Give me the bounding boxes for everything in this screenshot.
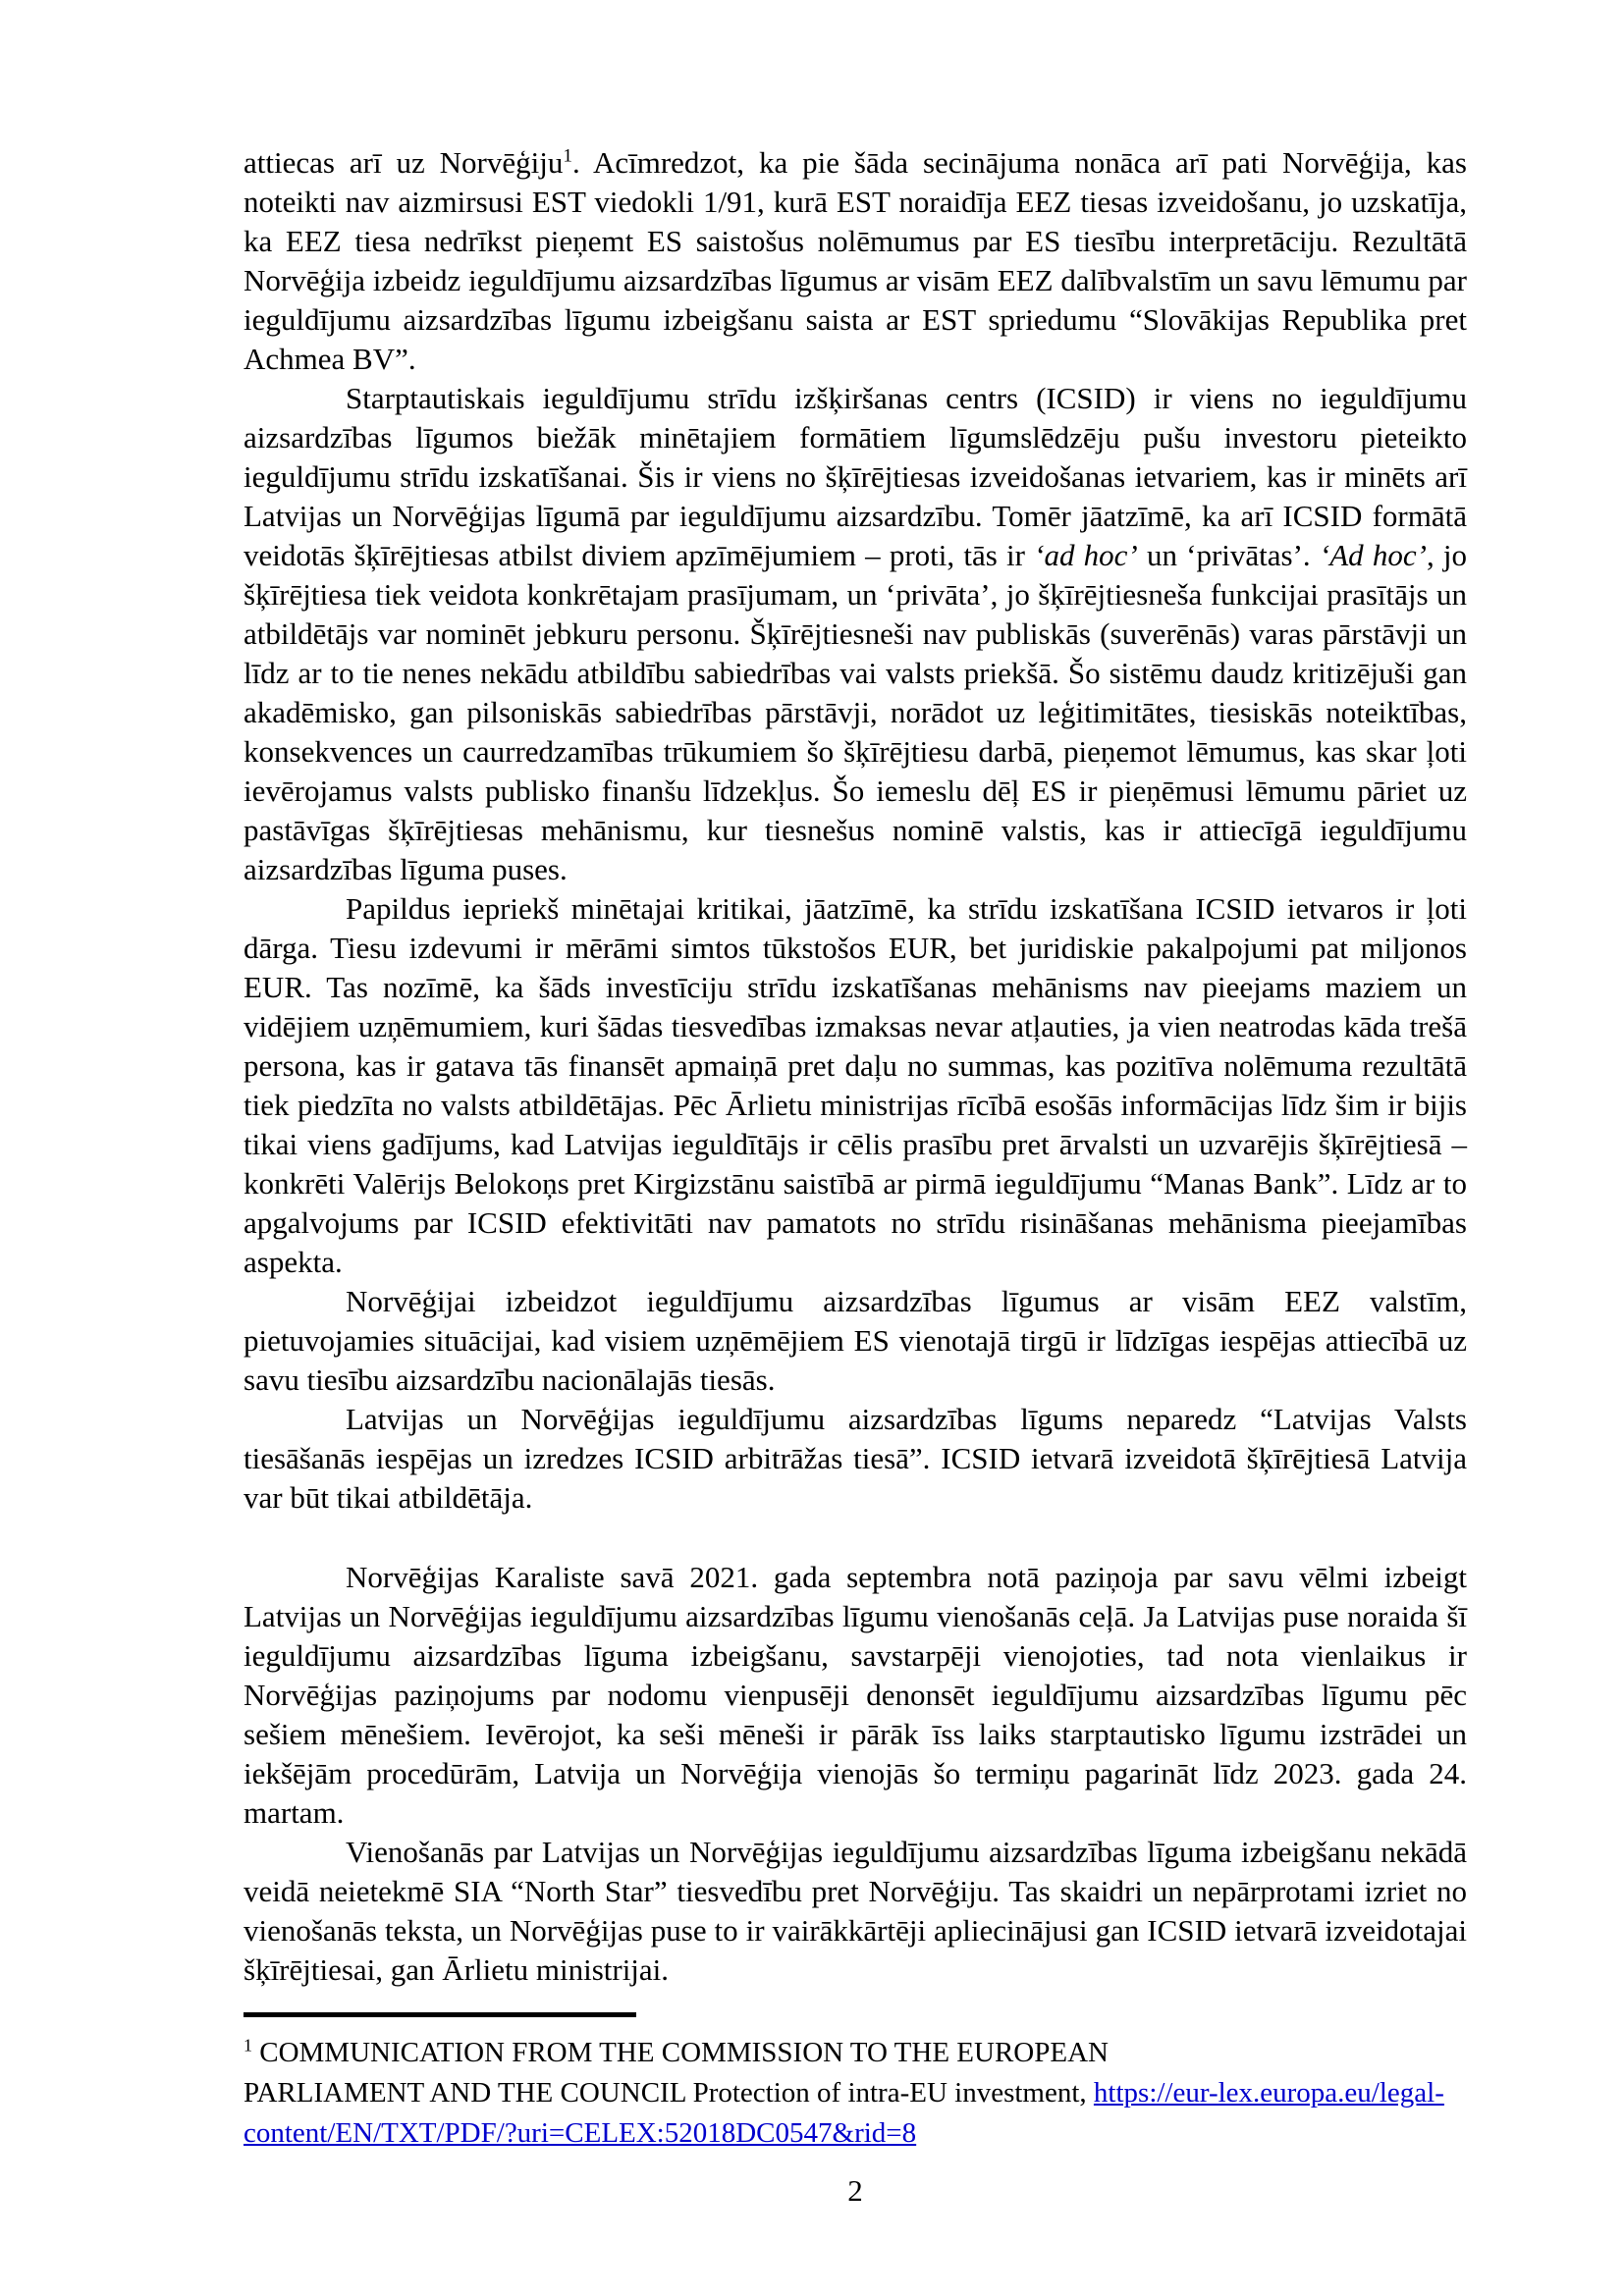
paragraph: Vienošanās par Latvijas un Norvēģijas ie… xyxy=(244,1833,1467,1990)
footnote-ref: 1 xyxy=(244,2035,252,2055)
italic-text: ‘Ad hoc’ xyxy=(1320,538,1427,572)
paragraph: Norvēģijai izbeidzot ieguldījumu aizsard… xyxy=(244,1282,1467,1400)
footnote: 1 COMMUNICATION FROM THE COMMISSION TO T… xyxy=(244,2012,1467,2154)
text-run: , jo šķīrējtiesa tiek veidota konkrētaja… xyxy=(244,538,1467,886)
footnote-text: 1 COMMUNICATION FROM THE COMMISSION TO T… xyxy=(244,2033,1467,2154)
text-run: un ‘privātas’. xyxy=(1138,538,1320,572)
italic-text: ‘ad hoc’ xyxy=(1034,538,1138,572)
footnote-ref: 1 xyxy=(563,146,572,167)
text-run: Norvēģijas Karaliste savā 2021. gada sep… xyxy=(244,1560,1467,1830)
footnote-link[interactable]: https://eur-lex.europa.eu/legal- xyxy=(1094,2077,1444,2109)
text-run: attiecas arī uz Norvēģiju xyxy=(244,145,563,180)
text-run: Vienošanās par Latvijas un Norvēģijas ie… xyxy=(244,1835,1467,1987)
document-page: attiecas arī uz Norvēģiju1. Acīmredzot, … xyxy=(0,0,1624,2296)
body-text: attiecas arī uz Norvēģiju1. Acīmredzot, … xyxy=(244,143,1467,1990)
paragraph: attiecas arī uz Norvēģiju1. Acīmredzot, … xyxy=(244,143,1467,379)
text-run: Latvijas un Norvēģijas ieguldījumu aizsa… xyxy=(244,1402,1467,1515)
page-number: 2 xyxy=(244,2171,1467,2211)
paragraph: Starptautiskais ieguldījumu strīdu izšķi… xyxy=(244,379,1467,889)
blank-line xyxy=(244,1518,1467,1558)
footnote-separator xyxy=(244,2012,636,2017)
paragraph: Norvēģijas Karaliste savā 2021. gada sep… xyxy=(244,1558,1467,1833)
text-run: Papildus iepriekš minētajai kritikai, jā… xyxy=(244,891,1467,1279)
text-run: COMMUNICATION FROM THE COMMISSION TO THE… xyxy=(252,2037,1109,2068)
paragraph: Latvijas un Norvēģijas ieguldījumu aizsa… xyxy=(244,1400,1467,1518)
text-run: PARLIAMENT AND THE COUNCIL Protection of… xyxy=(244,2077,1094,2109)
text-run: . Acīmredzot, ka pie šāda secinājuma non… xyxy=(244,145,1467,376)
text-run: Norvēģijai izbeidzot ieguldījumu aizsard… xyxy=(244,1284,1467,1397)
footnote-link[interactable]: content/EN/TXT/PDF/?uri=CELEX:52018DC054… xyxy=(244,2117,916,2149)
paragraph: Papildus iepriekš minētajai kritikai, jā… xyxy=(244,889,1467,1282)
